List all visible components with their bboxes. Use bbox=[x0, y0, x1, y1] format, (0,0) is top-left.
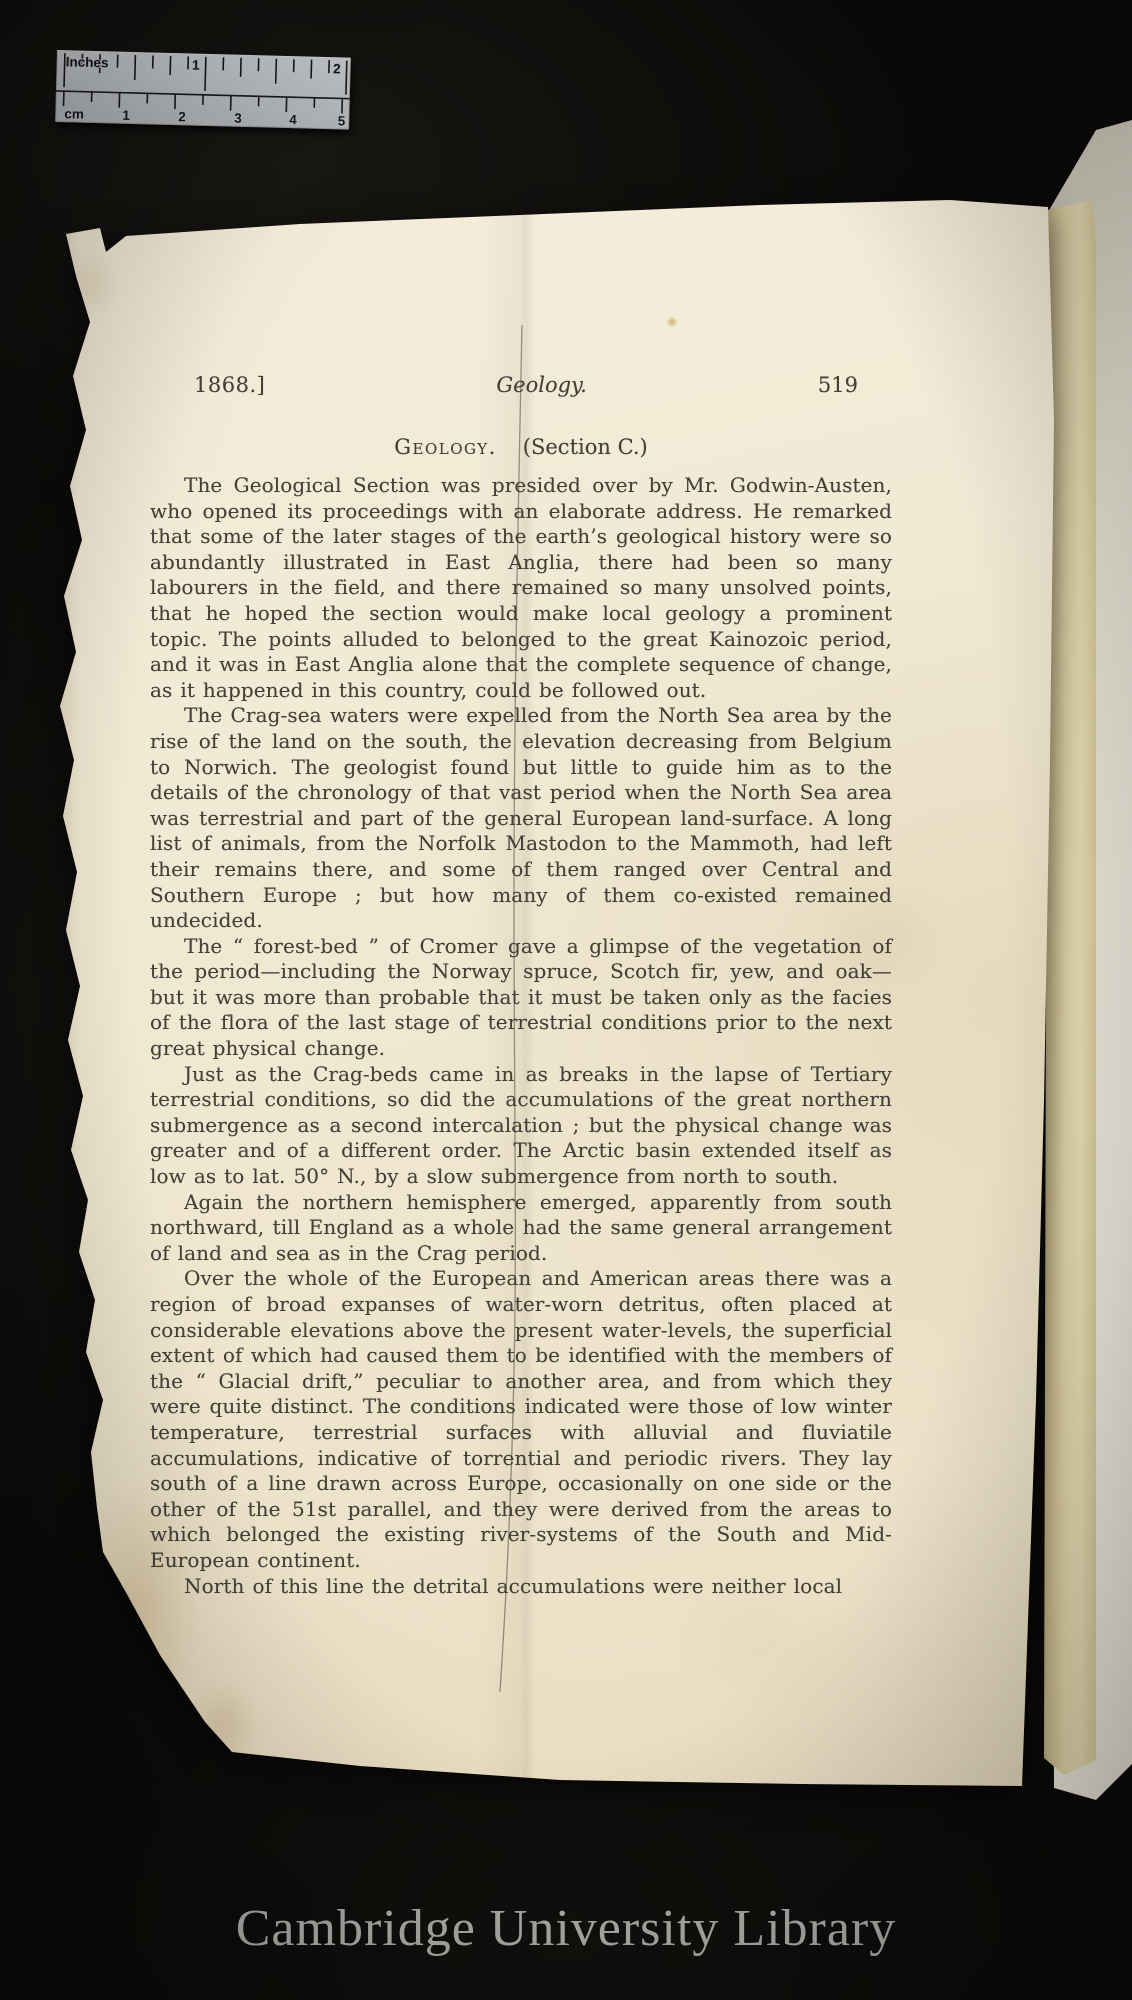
paragraph: The Crag-sea waters were expelled from t… bbox=[150, 703, 892, 933]
watermark-text: Cambridge University Library bbox=[0, 1898, 1132, 1960]
ruler-cm-label: cm bbox=[64, 106, 84, 122]
paragraph: Again the northern hemisphere emerged, a… bbox=[150, 1190, 892, 1267]
paragraph: The “ forest-bed ” of Cromer gave a glim… bbox=[150, 934, 892, 1062]
torn-page: 1868.] Geology. 519 Geology.(Section C.)… bbox=[48, 190, 1058, 1790]
page-number: 519 bbox=[818, 372, 892, 398]
header-year: 1868.] bbox=[150, 372, 265, 398]
paragraph: North of this line the detrital accumula… bbox=[150, 1574, 892, 1600]
paper-stain bbox=[58, 250, 118, 320]
measuring-ruler: Inches 1 2 cm 1 2 3 4 5 bbox=[55, 50, 351, 130]
printed-text-block: 1868.] Geology. 519 Geology.(Section C.)… bbox=[150, 372, 892, 1599]
ruler-inch-number: 2 bbox=[333, 61, 341, 76]
ruler-inches-label: Inches bbox=[65, 54, 108, 70]
ruler-cm-number: 3 bbox=[234, 111, 242, 126]
ruler-cm-number: 5 bbox=[338, 113, 346, 128]
torn-page-wrapper: 1868.] Geology. 519 Geology.(Section C.)… bbox=[48, 190, 1058, 1790]
photo-background: 1868.] Geology. 519 Geology.(Section C.)… bbox=[0, 0, 1132, 2000]
section-heading-title: Geology. bbox=[394, 435, 497, 459]
paper-stain bbox=[188, 1680, 258, 1770]
ruler-scale: Inches 1 2 cm 1 2 3 4 5 bbox=[55, 50, 351, 130]
paragraph: Just as the Crag-beds came in as breaks … bbox=[150, 1062, 892, 1190]
ruler-cm-number: 4 bbox=[289, 112, 297, 127]
body-text: The Geological Section was presided over… bbox=[150, 473, 892, 1599]
paragraph: The Geological Section was presided over… bbox=[150, 473, 892, 703]
ruler-inch-number: 1 bbox=[192, 58, 200, 73]
paper-fleck bbox=[668, 318, 676, 326]
section-heading-note: (Section C.) bbox=[523, 435, 648, 459]
page-header: 1868.] Geology. 519 bbox=[150, 372, 892, 398]
ruler-cm-number: 1 bbox=[122, 108, 130, 123]
ruler-cm-number: 2 bbox=[178, 109, 186, 124]
section-heading: Geology.(Section C.) bbox=[150, 434, 892, 461]
paragraph: Over the whole of the European and Ameri… bbox=[150, 1266, 892, 1573]
running-title: Geology. bbox=[496, 372, 586, 398]
